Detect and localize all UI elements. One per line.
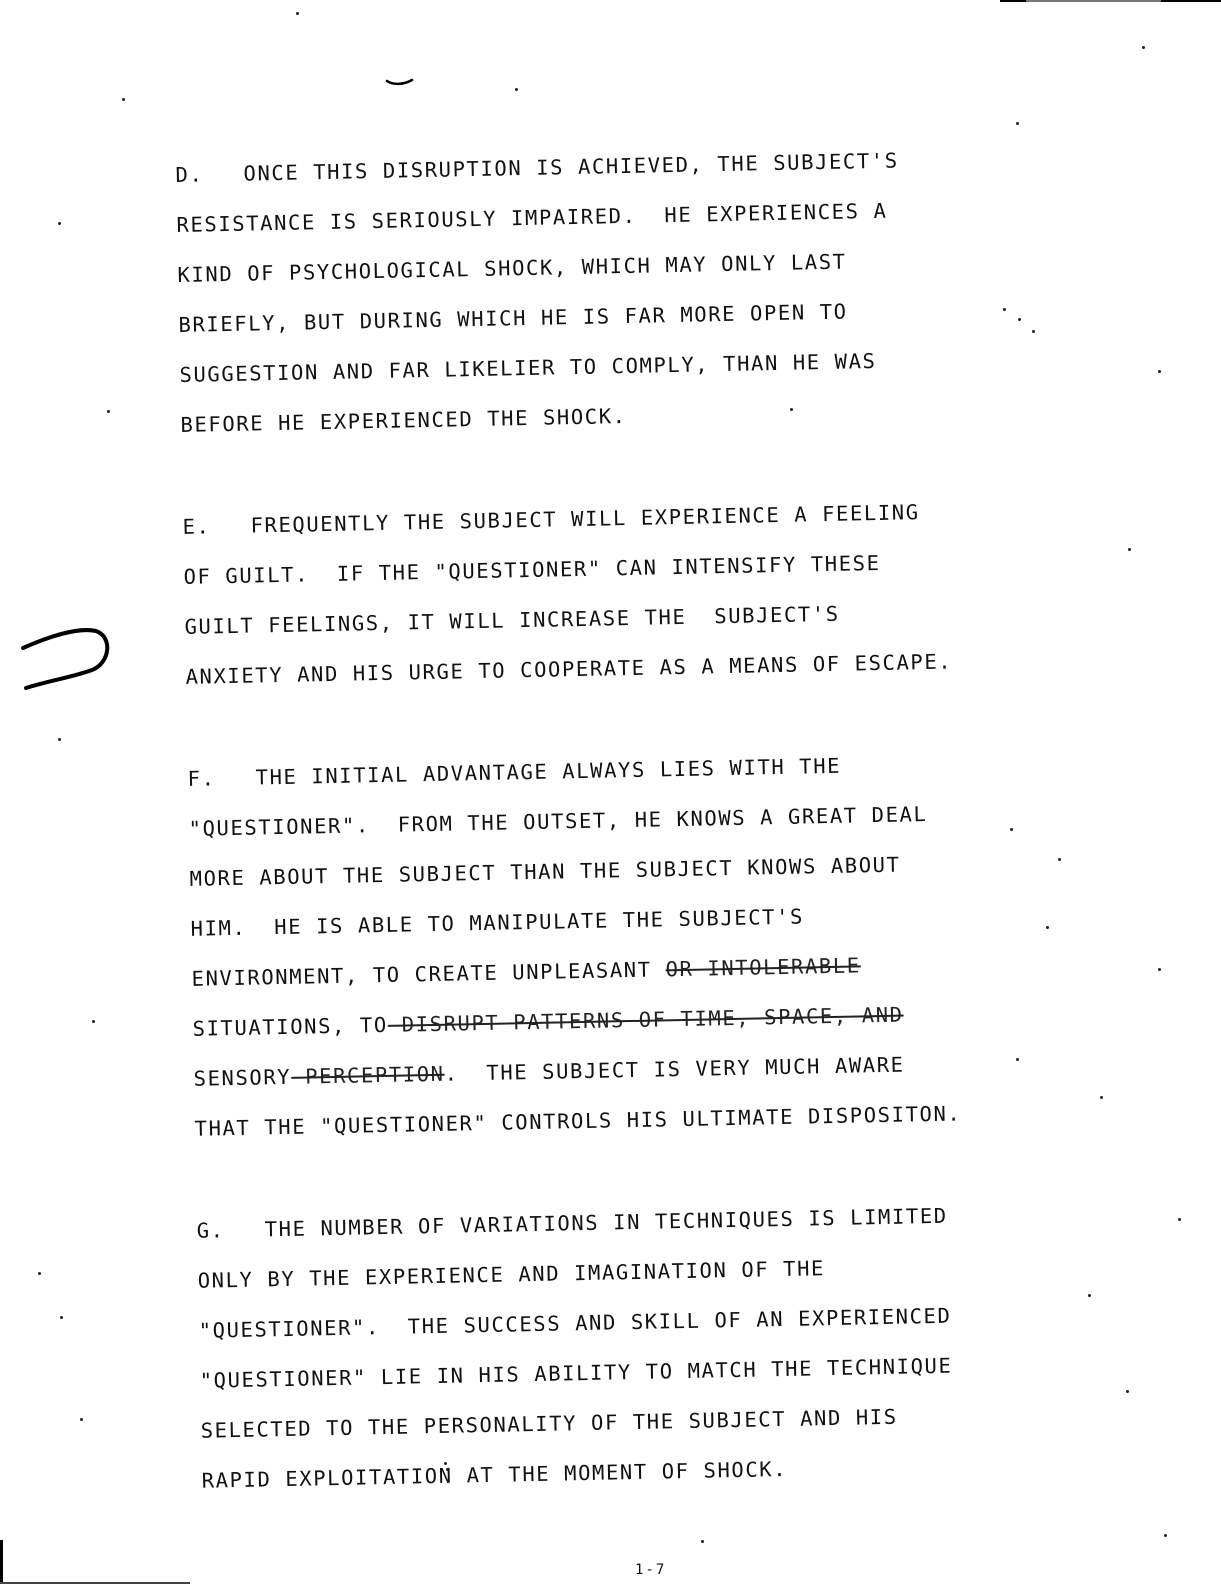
text-segment: SUGGESTION AND FAR LIKELIER TO COMPLY, T… bbox=[179, 349, 876, 387]
speck bbox=[58, 222, 61, 225]
text-segment: BRIEFLY, BUT DURING WHICH HE IS FAR MORE… bbox=[178, 300, 848, 337]
text-segment: ONLY BY THE EXPERIENCE AND IMAGINATION O… bbox=[197, 1256, 825, 1293]
speck bbox=[1142, 46, 1145, 49]
text-segment: BEFORE HE EXPERIENCED THE SHOCK. bbox=[180, 404, 627, 437]
struck-text: PERCEPTION bbox=[291, 1062, 445, 1089]
text-segment: ANXIETY AND HIS URGE TO COOPERATE AS A M… bbox=[185, 650, 952, 689]
speck bbox=[58, 738, 61, 741]
speck bbox=[296, 12, 299, 15]
paragraph-f: F.THE INITIAL ADVANTAGE ALWAYS LIES WITH… bbox=[187, 736, 1095, 1154]
speck bbox=[38, 1272, 41, 1275]
speck bbox=[701, 1540, 704, 1543]
text-segment: "QUESTIONER" LIE IN HIS ABILITY TO MATCH… bbox=[199, 1354, 952, 1393]
scan-edge-left bbox=[0, 1540, 3, 1584]
paragraph-d: D.ONCE THIS DISRUPTION IS ACHIEVED, THE … bbox=[175, 132, 1081, 450]
document-page: D.ONCE THIS DISRUPTION IS ACHIEVED, THE … bbox=[0, 0, 1221, 1584]
speck bbox=[92, 1020, 95, 1023]
dash-mark-icon bbox=[385, 78, 415, 88]
text-segment: RESISTANCE IS SERIOUSLY IMPAIRED. HE EXP… bbox=[176, 199, 887, 237]
paragraph-label: D. bbox=[175, 149, 244, 200]
text-segment: SENSORY bbox=[193, 1065, 291, 1091]
document-body: D.ONCE THIS DISRUPTION IS ACHIEVED, THE … bbox=[175, 132, 1102, 1506]
text-segment: . THE SUBJECT IS VERY MUCH AWARE bbox=[444, 1053, 904, 1086]
speck bbox=[515, 88, 518, 91]
text-segment: THE INITIAL ADVANTAGE ALWAYS LIES WITH T… bbox=[255, 754, 841, 790]
paragraph-label: G. bbox=[196, 1204, 265, 1255]
text-segment: ENVIRONMENT, TO CREATE UNPLEASANT bbox=[191, 957, 665, 991]
page-number: 1-7 bbox=[635, 1562, 666, 1578]
paragraph-label: F. bbox=[187, 753, 256, 804]
text-segment: "QUESTIONER". THE SUCCESS AND SKILL OF A… bbox=[198, 1304, 951, 1343]
speck bbox=[60, 1316, 63, 1319]
speck bbox=[1178, 1218, 1181, 1221]
paragraph-label: E. bbox=[182, 501, 251, 552]
speck bbox=[1128, 548, 1131, 551]
text-segment: GUILT FEELINGS, IT WILL INCREASE THE SUB… bbox=[184, 602, 840, 639]
struck-text: OR INTOLERABLE bbox=[665, 953, 861, 981]
speck bbox=[1158, 370, 1161, 373]
speck bbox=[80, 1418, 83, 1421]
paragraph-g: G.THE NUMBER OF VARIATIONS IN TECHNIQUES… bbox=[196, 1188, 1102, 1506]
speck bbox=[122, 98, 125, 101]
speck bbox=[1126, 1390, 1129, 1393]
text-segment: KIND OF PSYCHOLOGICAL SHOCK, WHICH MAY O… bbox=[177, 250, 847, 287]
speck bbox=[1164, 1534, 1167, 1537]
speck bbox=[107, 410, 110, 413]
struck-text: DISRUPT PATTERNS OF TIME, SPACE, AND bbox=[388, 1003, 904, 1037]
text-segment: FREQUENTLY THE SUBJECT WILL EXPERIENCE A… bbox=[250, 500, 920, 537]
text-segment: HIM. HE IS ABLE TO MANIPULATE THE SUBJEC… bbox=[190, 905, 804, 941]
speck bbox=[1100, 1096, 1103, 1099]
speck bbox=[1158, 968, 1161, 971]
text-segment: SELECTED TO THE PERSONALITY OF THE SUBJE… bbox=[200, 1405, 897, 1443]
text-segment: THAT THE "QUESTIONER" CONTROLS HIS ULTIM… bbox=[194, 1101, 961, 1140]
text-segment: THE NUMBER OF VARIATIONS IN TECHNIQUES I… bbox=[264, 1204, 948, 1242]
text-segment: OF GUILT. IF THE "QUESTIONER" CAN INTENS… bbox=[183, 551, 880, 589]
handwritten-bracket-icon bbox=[18, 615, 113, 690]
speck bbox=[1016, 122, 1019, 125]
text-segment: ONCE THIS DISRUPTION IS ACHIEVED, THE SU… bbox=[243, 148, 899, 185]
text-segment: MORE ABOUT THE SUBJECT THAN THE SUBJECT … bbox=[189, 853, 900, 891]
text-segment: RAPID EXPLOITATION AT THE MOMENT OF SHOC… bbox=[201, 1457, 787, 1493]
text-segment: SITUATIONS, TO bbox=[192, 1013, 388, 1041]
paragraph-e: E.FREQUENTLY THE SUBJECT WILL EXPERIENCE… bbox=[182, 484, 1086, 702]
text-segment: "QUESTIONER". FROM THE OUTSET, HE KNOWS … bbox=[188, 802, 927, 841]
scan-edge-top-gray bbox=[1026, 0, 1161, 2]
